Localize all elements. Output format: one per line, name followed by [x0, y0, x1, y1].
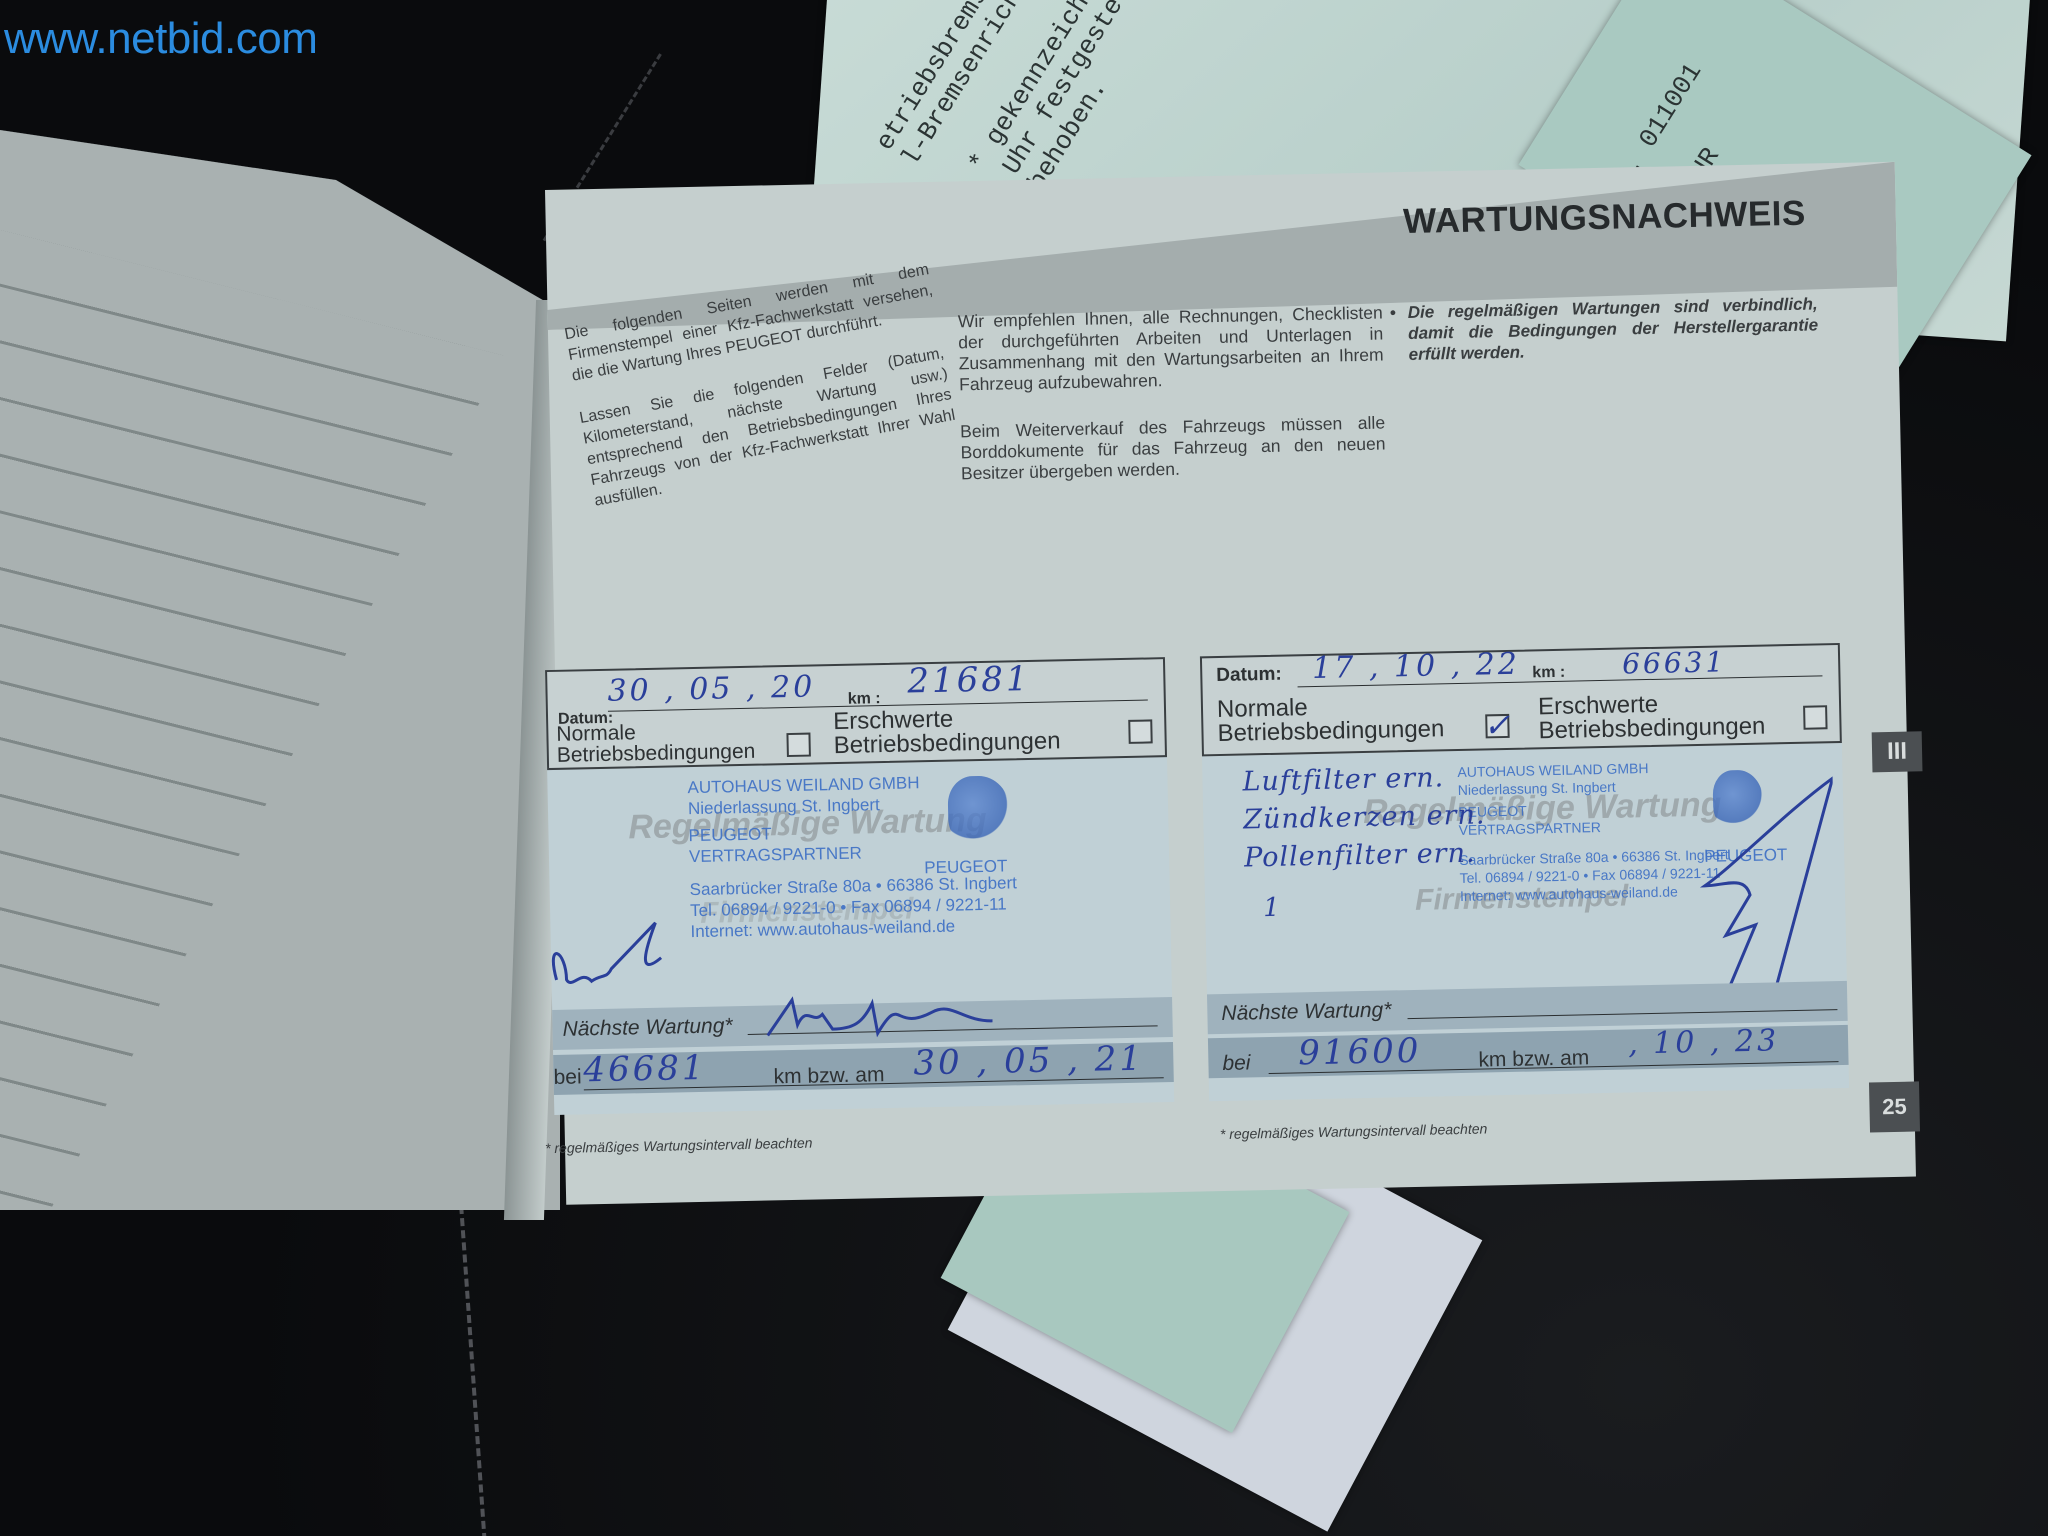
service-entry-2: Datum: 17 , 10 , 22 km : 66631 NormaleBe… [1200, 643, 1849, 1101]
entry-header: Datum: 17 , 10 , 22 km : 66631 NormaleBe… [1200, 643, 1842, 756]
km-value: 21681 [907, 662, 1031, 699]
peugeot-brand-text: PEUGEOT [924, 855, 1008, 878]
next-date-value: , 10 , 23 [1628, 1024, 1780, 1061]
date-value: 30 , 05 , 20 [607, 670, 815, 708]
site-watermark: www.netbid.com [4, 14, 317, 64]
bullet-icon: • [1390, 302, 1396, 323]
page-title: WARTUNGSNACHWEIS [1403, 194, 1806, 242]
next-date-value: 30 , 05 , 21 [913, 1042, 1144, 1081]
footnote: * regelmäßiges Wartungsintervall beachte… [1220, 1120, 1488, 1142]
page-number: 25 [1869, 1081, 1920, 1132]
next-km-value: 91600 [1298, 1034, 1422, 1071]
peugeot-lion-icon [947, 775, 1010, 846]
next-service-label: Nächste Wartung* [562, 1014, 732, 1042]
entry-header: Datum: 30 , 05 , 20 km : 21681 NormaleBe… [545, 657, 1167, 770]
severe-conditions-label: ErschwerteBetriebsbedingungen [833, 705, 1061, 758]
normal-conditions-label: NormaleBetriebsbedingungen [556, 720, 755, 766]
date-value: 17 , 10 , 22 [1312, 648, 1520, 686]
warranty-note: • Die regelmäßigen Wartungen sind verbin… [1408, 293, 1819, 365]
km-value: 66631 [1622, 645, 1727, 681]
service-entry-1: Datum: 30 , 05 , 20 km : 21681 NormaleBe… [545, 657, 1174, 1115]
date-label: Datum: [1216, 663, 1282, 688]
next-km-value: 46681 [583, 1051, 707, 1088]
footnote: * regelmäßiges Wartungsintervall beachte… [545, 1135, 813, 1157]
signature-icon [762, 980, 1023, 1045]
normal-conditions-checkbox[interactable]: ✓ [1485, 714, 1509, 738]
at-label: bei [1222, 1051, 1251, 1076]
severe-conditions-checkbox[interactable] [1128, 719, 1152, 743]
signature-icon [545, 917, 697, 1010]
service-record-page: WARTUNGSNACHWEIS Die folgenden Seiten we… [545, 162, 1916, 1205]
next-service-label: Nächste Wartung* [1221, 998, 1391, 1026]
normal-conditions-label: NormaleBetriebsbedingungen [1217, 693, 1445, 746]
severe-conditions-label: ErschwerteBetriebsbedingungen [1538, 691, 1766, 744]
at-label: bei [553, 1065, 582, 1090]
intro-column-2: Wir empfehlen Ihnen, alle Rechnungen, Ch… [958, 302, 1387, 510]
normal-conditions-checkbox[interactable] [786, 733, 810, 757]
ruled-lines [0, 230, 505, 1211]
severe-conditions-checkbox[interactable] [1803, 705, 1827, 729]
checkmark-icon: ✓ [1483, 706, 1511, 745]
section-tab: III [1872, 731, 1923, 772]
intro-column-1: Die folgenden Seiten werden mit dem Firm… [563, 259, 965, 533]
